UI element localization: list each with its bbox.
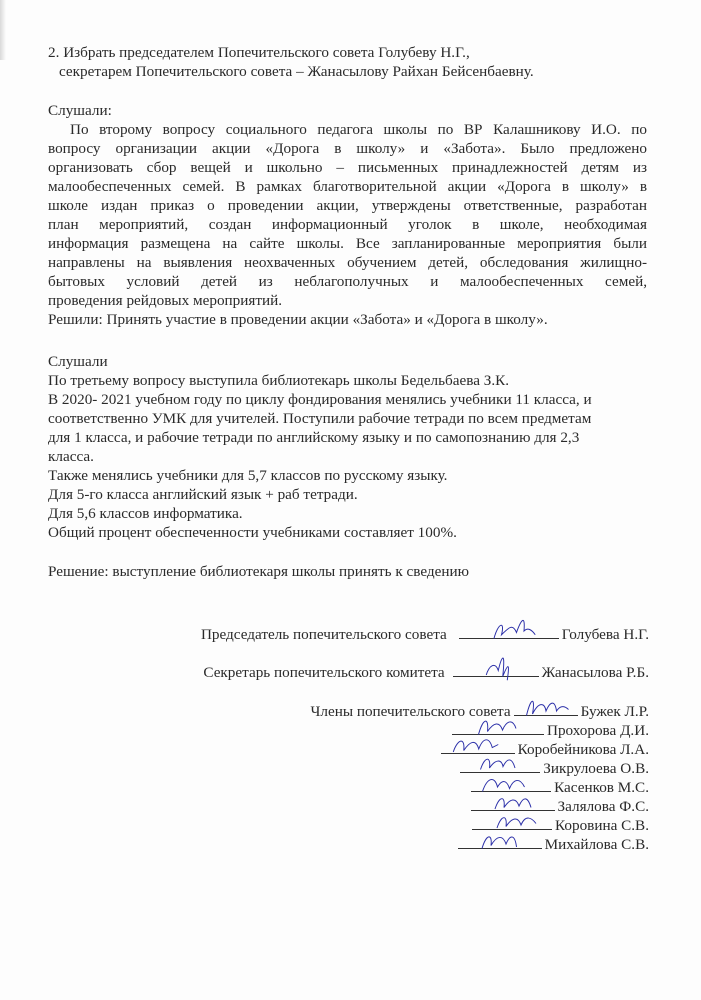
section3-line: В 2020- 2021 учебном году по циклу фонди… xyxy=(48,390,592,409)
signature-row-member: Михайлова С.В. xyxy=(455,834,649,854)
section3-line: класса. xyxy=(48,447,94,466)
scan-edge-shadow xyxy=(0,0,6,60)
chairman-title: Председатель попечительского совета xyxy=(201,625,447,644)
chairman-name: Голубева Н.Г. xyxy=(562,625,649,644)
section2-para-line: бытовых условий детей из неблагополучных… xyxy=(48,272,647,291)
section2-para-line: малообеспеченных семей. В рамках благотв… xyxy=(48,177,647,196)
section2-heard-label: Слушали: xyxy=(48,101,112,120)
section3-line: Также менялись учебники для 5,7 классов … xyxy=(48,466,447,485)
member-name: Залялова Ф.С. xyxy=(558,797,649,816)
member-name: Зикрулоева О.В. xyxy=(543,759,649,778)
signature-line xyxy=(453,662,539,677)
member-name: Михайлова С.В. xyxy=(545,835,649,854)
section2-para-line: проведения рейдовых мероприятий. xyxy=(48,291,647,310)
signature-line xyxy=(458,834,542,849)
section3-line: соответственно УМК для учителей. Поступи… xyxy=(48,409,591,428)
member-name: Прохорова Д.И. xyxy=(547,721,649,740)
section2-decision: Решили: Принять участие в проведении акц… xyxy=(48,310,548,329)
section3-line: Общий процент обеспеченности учебниками … xyxy=(48,523,457,542)
section3-line: По третьему вопросу выступила библиотека… xyxy=(48,371,509,390)
section3-line: для 1 класса, и рабочие тетради по англи… xyxy=(48,428,579,447)
section2-para-line: организовать сбор вещей и школьно – пись… xyxy=(48,158,647,177)
signature-line xyxy=(459,624,559,639)
signature-scribble-icon xyxy=(459,616,559,646)
signature-scribble-icon xyxy=(453,654,539,684)
section3-heard-label: Слушали xyxy=(48,352,108,371)
section3-line: Для 5-го класса английский язык + раб те… xyxy=(48,485,358,504)
signature-scribble-icon xyxy=(458,826,542,856)
section2-para-line: информация размещена на сайте школы. Все… xyxy=(48,234,647,253)
member-name: Бужек Л.Р. xyxy=(581,702,649,721)
secretary-name: Жанасылова Р.Б. xyxy=(542,663,649,682)
document-page: 2. Избрать председателем Попечительского… xyxy=(0,0,701,1000)
item2-line1: 2. Избрать председателем Попечительского… xyxy=(48,43,470,62)
signature-row-chairman: Председатель попечительского совета Голу… xyxy=(201,624,649,644)
item2-line2: секретарем Попечительского совета – Жана… xyxy=(59,62,534,81)
section2-para-line: план мероприятий, создан информационный … xyxy=(48,215,647,234)
section2-para-line: школе издан приказ о проведении акции, у… xyxy=(48,196,647,215)
member-name: Коровина С.В. xyxy=(555,816,649,835)
member-name: Касенков М.С. xyxy=(554,778,649,797)
signature-row-secretary: Секретарь попечительского комитета Жанас… xyxy=(203,662,649,682)
section3-line: Для 5,6 классов информатика. xyxy=(48,504,243,523)
section2-para-line: вопросу организации акции «Дорога в школ… xyxy=(48,139,647,158)
section2-para-line: По второму вопросу социального педагога … xyxy=(70,120,647,139)
section3-decision: Решение: выступление библиотекаря школы … xyxy=(48,562,469,581)
section2-para-line: направлены на выявления неохваченных обу… xyxy=(48,253,647,272)
secretary-title: Секретарь попечительского комитета xyxy=(203,663,444,682)
